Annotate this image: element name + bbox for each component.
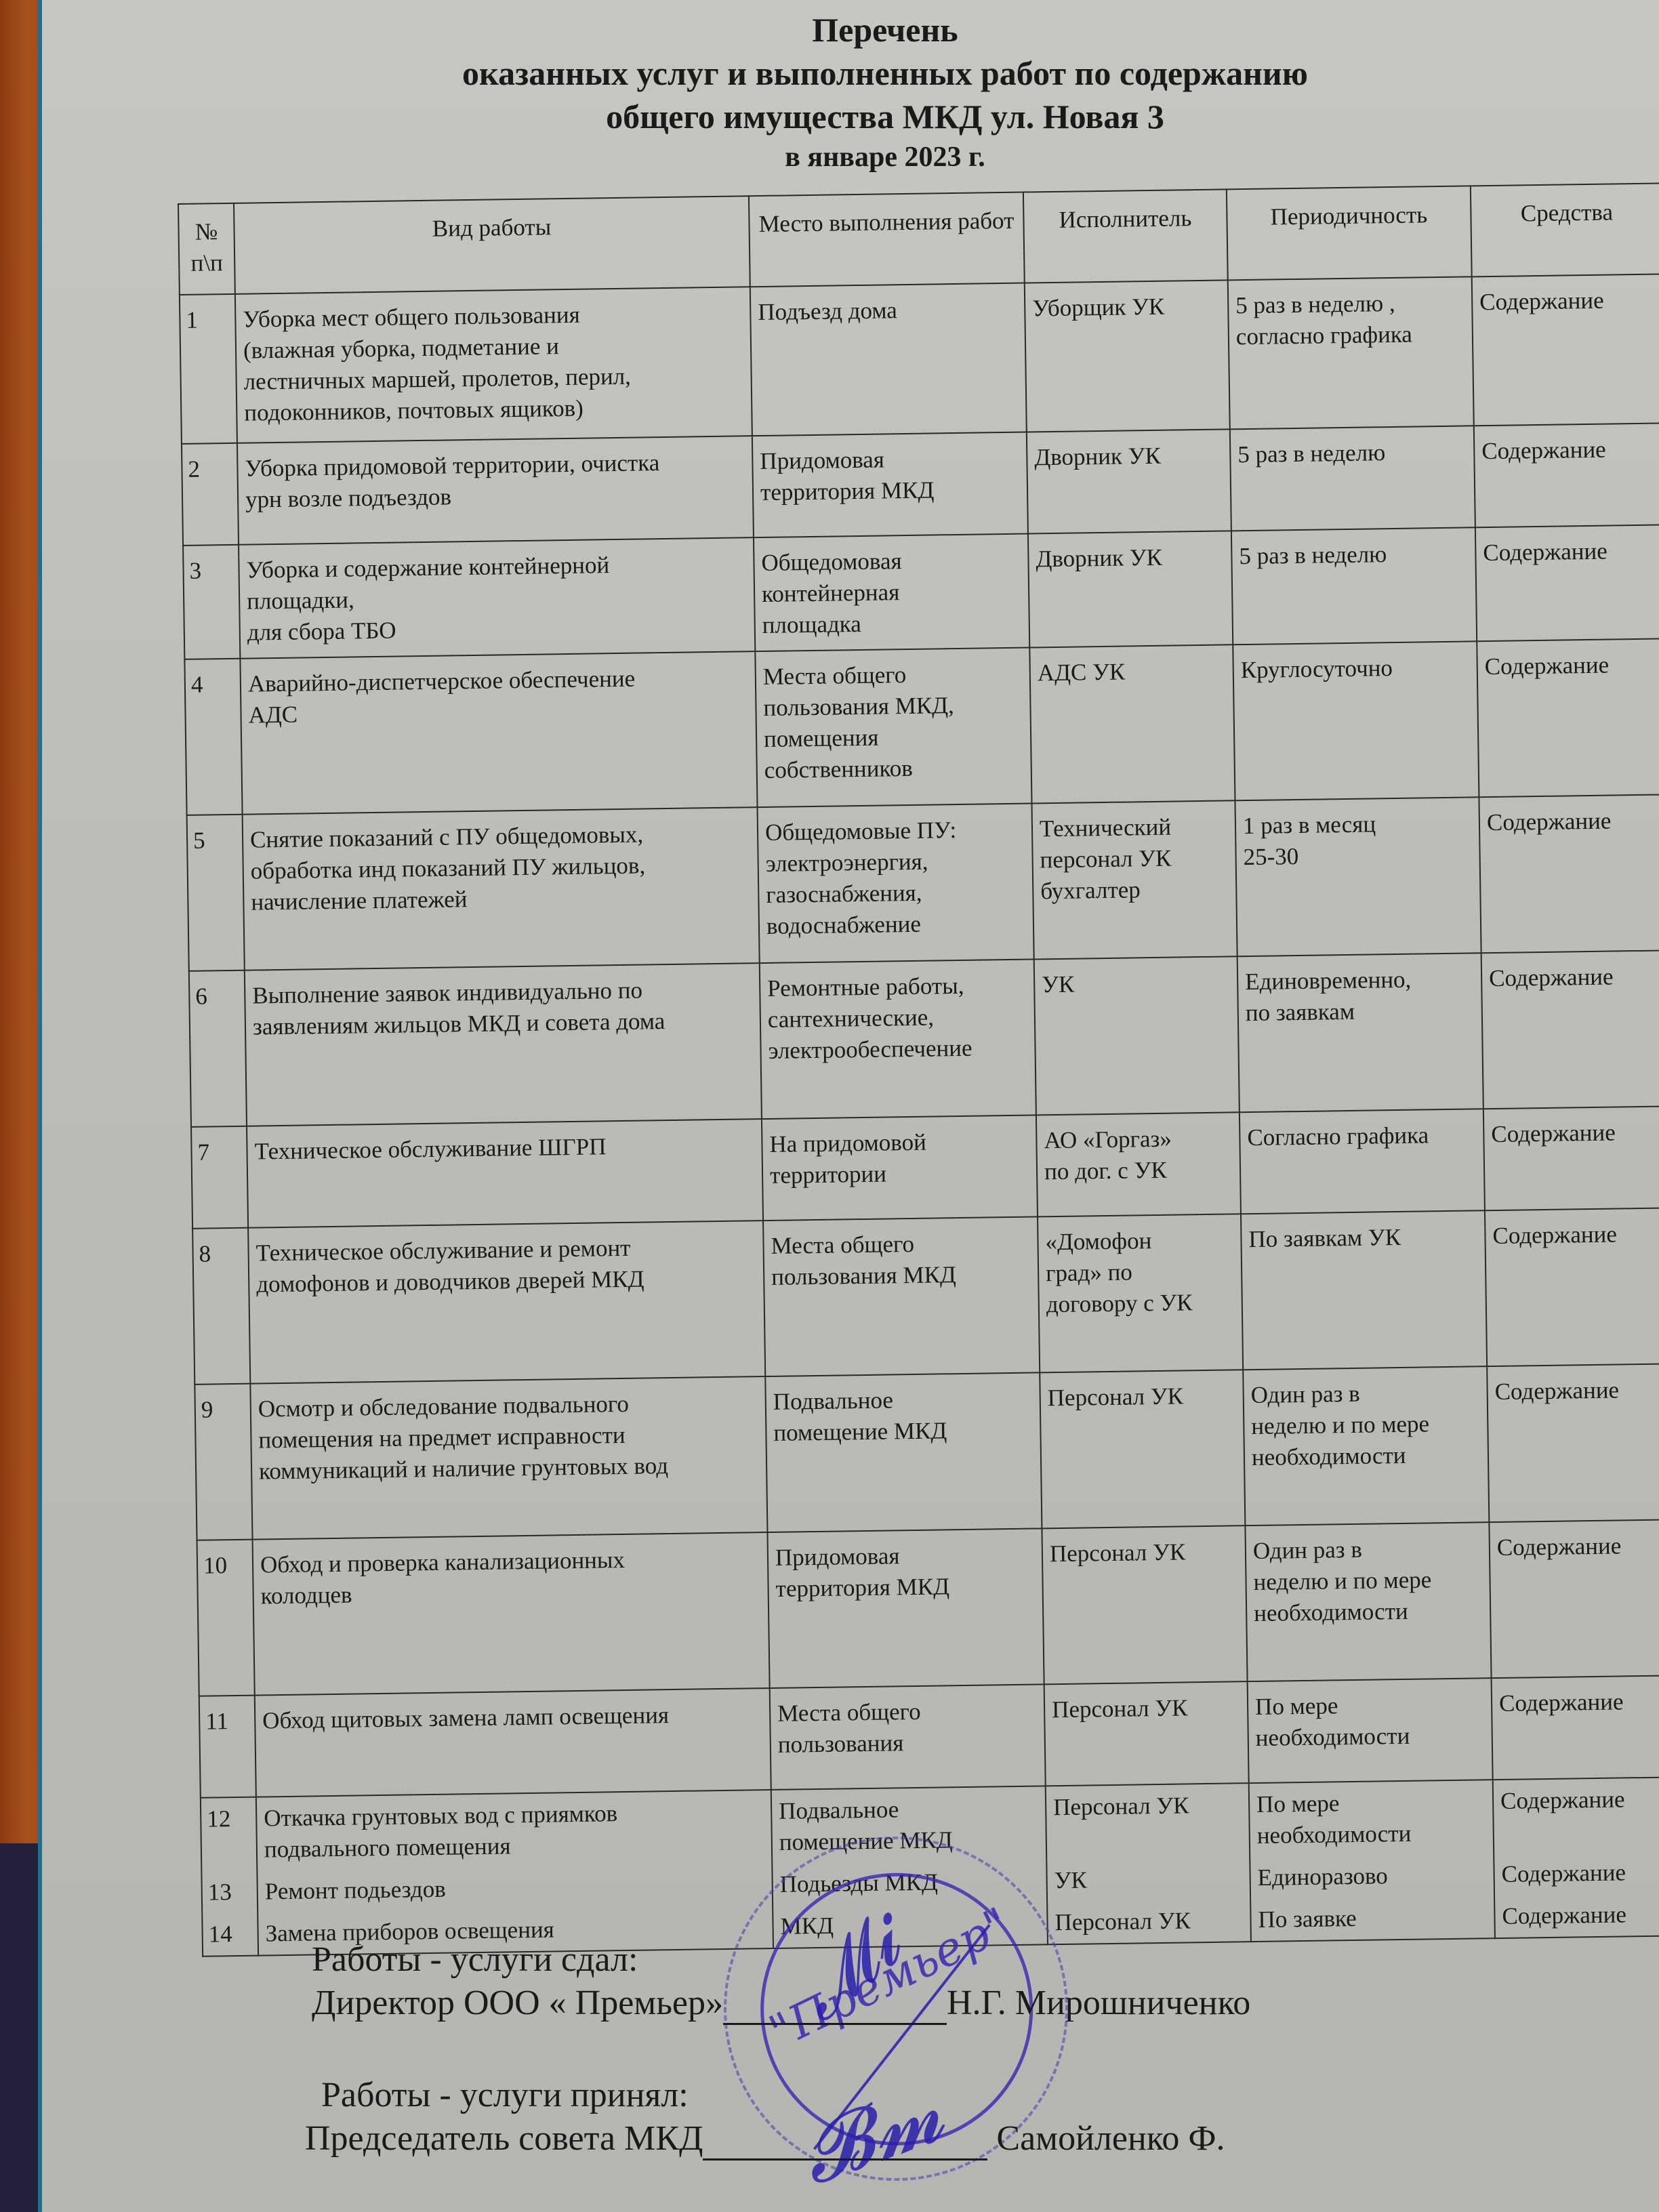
cell-num: 9 [194, 1384, 252, 1540]
cell-place: Придомовая территория МКД [767, 1528, 1044, 1688]
table-row: 4Аварийно-диспетчерское обеспечение АДСМ… [184, 638, 1659, 815]
cell-funds-text: Содержание [1489, 964, 1614, 992]
cell-place-text: Подъезд дома [758, 297, 897, 325]
cell-period: По заявкам УК [1241, 1210, 1487, 1370]
table-row: 9Осмотр и обследование подвального помещ… [194, 1364, 1659, 1540]
cell-executor-text: АДС УК [1038, 659, 1126, 687]
cell-period-text: Согласно графика [1247, 1122, 1429, 1151]
table-row: 11Обход щитовых замена ламп освещенияМес… [199, 1675, 1659, 1798]
title-line-3: общего имущества МКД ул. Новая 3 [4, 95, 1659, 138]
cell-num-text: 9 [201, 1396, 213, 1422]
cell-executor: «Домофон град» по договору с УК [1038, 1214, 1243, 1372]
cell-executor: Персонал УК [1040, 1370, 1245, 1528]
cell-executor-text: Персонал УК [1052, 1694, 1188, 1723]
cell-place: Общедомовая контейнерная площадка [754, 534, 1029, 652]
cell-period-text: По мере необходимости [1255, 1692, 1410, 1751]
cell-num-text: 8 [199, 1240, 211, 1267]
cell-place: Ремонтные работы, сантехнические, электр… [760, 959, 1036, 1119]
cell-period: Круглосуточно [1233, 641, 1479, 800]
table-row: 6Выполнение заявок индивидуально по заяв… [189, 950, 1659, 1127]
cell-work-text: Обход щитовых замена ламп освещения [262, 1702, 669, 1734]
cell-work: Обход щитовых замена ламп освещения [255, 1688, 771, 1797]
cell-funds: Содержание [1472, 274, 1659, 426]
header-work-text: Вид работы [432, 213, 552, 241]
cell-funds-text: Содержание [1500, 1786, 1625, 1814]
title-line-2: оказанных услуг и выполненных работ по с… [4, 52, 1659, 95]
handed-over-label: Работы - услуги сдал: [312, 1938, 1250, 1982]
cell-num: 2 [182, 443, 239, 546]
cell-work: Ремонт подьездов [257, 1864, 773, 1913]
header-funds: Средства [1471, 183, 1659, 276]
cell-work-text: Ремонт подьездов [265, 1876, 446, 1905]
cell-place-text: Общедомовая контейнерная площадка [761, 548, 902, 638]
cell-num: 13 [201, 1871, 258, 1914]
cell-period-text: По заявке [1258, 1905, 1357, 1933]
cell-num-text: 6 [195, 983, 207, 1010]
cell-work: Техническое обслуживание ШГРП [247, 1119, 763, 1228]
cell-place: Места общего пользования МКД, помещения … [755, 648, 1031, 808]
handed-over-role: Директор ООО « Премьер» [312, 1984, 723, 2022]
cell-period-text: Один раз в неделю и по мере необходимост… [1250, 1380, 1429, 1471]
cell-work-text: Уборка и содержание контейнерной площадк… [246, 552, 609, 645]
cell-place: Места общего пользования МКД [763, 1216, 1040, 1376]
cell-place-text: Придомовая территория МКД [775, 1542, 949, 1602]
cell-funds: Содержание [1494, 1893, 1659, 1938]
cell-funds-text: Содержание [1497, 1532, 1622, 1561]
cell-period: По заявке [1250, 1896, 1495, 1942]
cell-funds: Содержание [1479, 794, 1659, 953]
header-executor: Исполнитель [1023, 189, 1228, 283]
cell-work: Обход и проверка канализационных колодце… [253, 1532, 770, 1696]
header-funds-text: Средства [1521, 199, 1614, 226]
cell-num-text: 10 [203, 1552, 228, 1578]
cell-executor-text: Дворник УК [1034, 443, 1161, 471]
cell-num: 11 [199, 1696, 256, 1798]
cell-funds-text: Содержание [1483, 538, 1607, 567]
cell-work-text: Выполнение заявок индивидуально по заявл… [252, 977, 665, 1040]
cell-place-text: Общедомовые ПУ: электроэнергия, газоснаб… [765, 817, 957, 939]
cell-num-text: 1 [186, 307, 198, 333]
cell-funds-text: Содержание [1487, 808, 1612, 836]
cell-place-text: Места общего пользования МКД [771, 1231, 956, 1290]
document-title: Перечень оказанных услуг и выполненных р… [4, 8, 1659, 176]
cell-funds-text: Содержание [1499, 1688, 1624, 1717]
handed-over-name: Н.Г. Мирошниченко [947, 1984, 1250, 2022]
cell-funds: Содержание [1492, 1675, 1659, 1780]
cell-executor: Дворник УК [1028, 531, 1233, 647]
header-executor-text: Исполнитель [1059, 205, 1191, 233]
cell-work: Техническое обслуживание и ремонт домофо… [248, 1221, 765, 1384]
cell-work-text: Техническое обслуживание ШГРП [254, 1133, 606, 1164]
table-row: 5Снятие показаний с ПУ общедомовых, обра… [187, 794, 1659, 971]
cell-period-text: По заявкам УК [1248, 1224, 1401, 1252]
cell-period: Согласно графика [1240, 1109, 1485, 1214]
cell-place: Подъезд дома [750, 283, 1027, 436]
services-table: № п\п Вид работы Место выполнения работ … [178, 182, 1659, 1957]
cell-work: Уборка придомовой территории, очистка ур… [237, 436, 754, 545]
signature-line [723, 1989, 947, 2025]
cell-period: Единоразово [1250, 1853, 1494, 1899]
cell-period-text: Круглосуточно [1240, 655, 1393, 683]
cell-funds-text: Содержание [1481, 436, 1606, 465]
cell-executor-text: АО «Горгаз» по дог. с УК [1044, 1126, 1172, 1185]
header-period-text: Периодичность [1270, 201, 1427, 230]
table-row: 7Техническое обслуживание ШГРПНа придомо… [191, 1106, 1659, 1229]
cell-period: По мере необходимости [1248, 1678, 1493, 1783]
cell-work-text: Откачка грунтовых вод с приямков подваль… [264, 1800, 617, 1862]
cell-work: Уборка мест общего пользования (влажная … [235, 287, 752, 443]
cell-funds-text: Содержание [1491, 1120, 1616, 1148]
cell-funds: Содержание [1493, 1777, 1659, 1853]
cell-num-text: 14 [208, 1921, 232, 1947]
cell-period-text: Один раз в неделю и по мере необходимост… [1253, 1536, 1432, 1626]
header-place: Место выполнения работ [749, 192, 1025, 287]
title-line-4: в январе 2023 г. [4, 138, 1659, 176]
cell-num: 12 [201, 1797, 258, 1872]
cell-work-text: Уборка придомовой территории, очистка ур… [245, 449, 659, 513]
cell-work-text: Осмотр и обследование подвального помеще… [258, 1391, 669, 1485]
header-num: № п\п [178, 203, 235, 295]
cell-funds-text: Содержание [1502, 1901, 1626, 1929]
cell-period: По мере необходимости [1249, 1780, 1494, 1857]
cell-period: Единовременно, по заявкам [1237, 953, 1483, 1112]
cell-funds: Содержание [1489, 1519, 1659, 1678]
cell-funds: Содержание [1481, 950, 1659, 1109]
accepted-role: Председатель совета МКД [305, 2119, 703, 2158]
cell-place-text: На придомовой территории [769, 1129, 926, 1189]
cell-funds: Содержание [1475, 525, 1659, 641]
cell-period-text: 5 раз в неделю , согласно графика [1235, 290, 1412, 350]
cell-num-text: 11 [205, 1708, 228, 1734]
cell-period-text: По мере необходимости [1256, 1790, 1412, 1849]
cell-period: 5 раз в неделю , согласно графика [1228, 276, 1474, 429]
cell-num: 14 [202, 1913, 258, 1957]
cell-executor-text: Персонал УК [1050, 1538, 1186, 1567]
cell-num: 5 [187, 815, 245, 971]
cell-place: Общедомовые ПУ: электроэнергия, газоснаб… [758, 803, 1034, 963]
cell-executor-text: Уборщик УК [1032, 293, 1164, 322]
cell-place-text: Ремонтные работы, сантехнические, электр… [767, 972, 972, 1064]
cell-executor-text: Персонал УК [1053, 1792, 1189, 1820]
cell-period: Один раз в неделю и по мере необходимост… [1243, 1366, 1489, 1525]
cell-period-text: Единоразово [1257, 1862, 1388, 1891]
cell-place: Придомовая территория МКД [752, 432, 1028, 538]
cell-funds-text: Содержание [1492, 1221, 1617, 1249]
cell-period-text: 1 раз в месяц 25-30 [1243, 811, 1376, 870]
table-row: 2Уборка придомовой территории, очистка у… [182, 423, 1659, 546]
cell-work-text: Обход и проверка канализационных колодце… [260, 1547, 625, 1610]
cell-place: На придомовой территории [762, 1115, 1038, 1221]
cell-funds: Содержание [1494, 1851, 1659, 1896]
cell-place: Места общего пользования [770, 1684, 1046, 1790]
cell-funds-text: Содержание [1501, 1859, 1626, 1887]
cell-executor: Технический персонал УК бухгалтер [1031, 800, 1237, 959]
cell-work: Снятие показаний с ПУ общедомовых, обраб… [243, 807, 760, 970]
accepted-line: Председатель совета МКД Самойленко Ф. [305, 2117, 1250, 2160]
cell-num: 8 [192, 1228, 250, 1385]
table-row: 10Обход и проверка канализационных колод… [197, 1519, 1659, 1696]
cell-num: 1 [180, 294, 237, 444]
cell-executor: Персонал УК [1046, 1783, 1250, 1860]
cell-work-text: Техническое обслуживание и ремонт домофо… [255, 1235, 644, 1298]
cell-executor-text: УК [1054, 1867, 1087, 1894]
signature-block: Работы - услуги сдал: Директор ООО « Пре… [312, 1938, 1250, 2160]
header-work: Вид работы [234, 196, 750, 294]
cell-num: 10 [197, 1540, 255, 1696]
cell-num: 6 [189, 970, 247, 1127]
cell-num-text: 13 [208, 1879, 232, 1905]
cell-executor: Персонал УК [1044, 1681, 1249, 1786]
table-row: 3Уборка и содержание контейнерной площад… [183, 525, 1659, 659]
cell-period: 1 раз в месяц 25-30 [1235, 797, 1481, 956]
cell-period: 5 раз в неделю [1230, 426, 1475, 531]
cell-work: Выполнение заявок индивидуально по заявл… [245, 963, 762, 1126]
cell-num-text: 3 [189, 558, 201, 584]
cell-work-text: Аварийно-диспетчерское обеспечение АДС [248, 665, 636, 729]
cell-work: Аварийно-диспетчерское обеспечение АДС [240, 651, 757, 815]
cell-executor: АО «Горгаз» по дог. с УК [1036, 1112, 1241, 1216]
cell-period: Один раз в неделю и по мере необходимост… [1245, 1522, 1491, 1681]
signature-line [703, 2125, 987, 2160]
handed-over-line: Директор ООО « Премьер»Н.Г. Мирошниченко [312, 1982, 1250, 2025]
cell-place: Подвальное помещение МКД [765, 1372, 1042, 1532]
table-row: 1Уборка мест общего пользования (влажная… [180, 274, 1659, 444]
cell-executor-text: «Домофон град» по договору с УК [1045, 1227, 1193, 1317]
cell-funds: Содержание [1483, 1106, 1659, 1210]
accepted-name: Самойленко Ф. [996, 2119, 1225, 2158]
cell-executor: УК [1046, 1857, 1250, 1902]
cell-executor: Дворник УК [1027, 429, 1231, 533]
cell-work-text: Снятие показаний с ПУ общедомовых, обраб… [250, 821, 646, 915]
cell-num-text: 12 [207, 1805, 231, 1832]
cell-place-text: Места общего пользования [777, 1698, 921, 1758]
header-period: Периодичность [1227, 186, 1472, 280]
cell-work: Осмотр и обследование подвального помеще… [250, 1376, 767, 1540]
cell-funds: Содержание [1485, 1208, 1659, 1366]
header-num-text: № п\п [190, 218, 223, 276]
cell-executor: Персонал УК [1042, 1525, 1247, 1684]
cell-funds: Содержание [1477, 638, 1659, 797]
cell-executor-text: Дворник УК [1036, 544, 1162, 573]
cell-num-text: 4 [191, 672, 203, 698]
cell-funds: Содержание [1474, 423, 1659, 527]
cell-num-text: 2 [188, 456, 200, 483]
cell-executor-text: Технический персонал УК бухгалтер [1040, 814, 1172, 905]
cell-work: Уборка и содержание контейнерной площадк… [239, 537, 755, 659]
cell-funds: Содержание [1487, 1364, 1659, 1522]
cell-executor-text: Персонал УК [1047, 1382, 1183, 1411]
cell-executor-text: УК [1042, 971, 1075, 998]
cell-place-text: Придомовая территория МКД [760, 446, 934, 506]
cell-executor: АДС УК [1029, 644, 1235, 803]
cell-period: 5 раз в неделю [1231, 527, 1477, 644]
cell-period-text: Единовременно, по заявкам [1245, 966, 1412, 1026]
cell-funds-text: Содержание [1479, 287, 1604, 316]
cell-num-text: 7 [197, 1139, 209, 1165]
cell-place-text: Места общего пользования МКД, помещения … [763, 661, 954, 783]
cell-executor: Уборщик УК [1025, 280, 1230, 432]
cell-num: 7 [191, 1126, 248, 1229]
cell-place-text: Подвальное помещение МКД [773, 1387, 947, 1446]
table-row: 8Техническое обслуживание и ремонт домоф… [192, 1208, 1659, 1385]
cell-period-text: 5 раз в неделю [1237, 439, 1385, 468]
accepted-label: Работы - услуги принял: [312, 2074, 1250, 2117]
cell-work: Откачка грунтовых вод с приямков подваль… [256, 1790, 772, 1871]
title-line-1: Перечень [4, 8, 1659, 52]
cell-funds-text: Содержание [1484, 652, 1609, 680]
cell-period-text: 5 раз в неделю [1239, 541, 1387, 569]
cell-funds-text: Содержание [1494, 1376, 1619, 1405]
header-place-text: Место выполнения работ [758, 207, 1014, 237]
cell-work-text: Уборка мест общего пользования (влажная … [243, 302, 631, 426]
cell-num: 3 [183, 545, 240, 659]
cell-num-text: 5 [193, 827, 205, 854]
cell-executor-text: Персонал УК [1054, 1907, 1191, 1935]
cell-executor: УК [1034, 956, 1240, 1115]
cell-num: 4 [184, 659, 242, 815]
